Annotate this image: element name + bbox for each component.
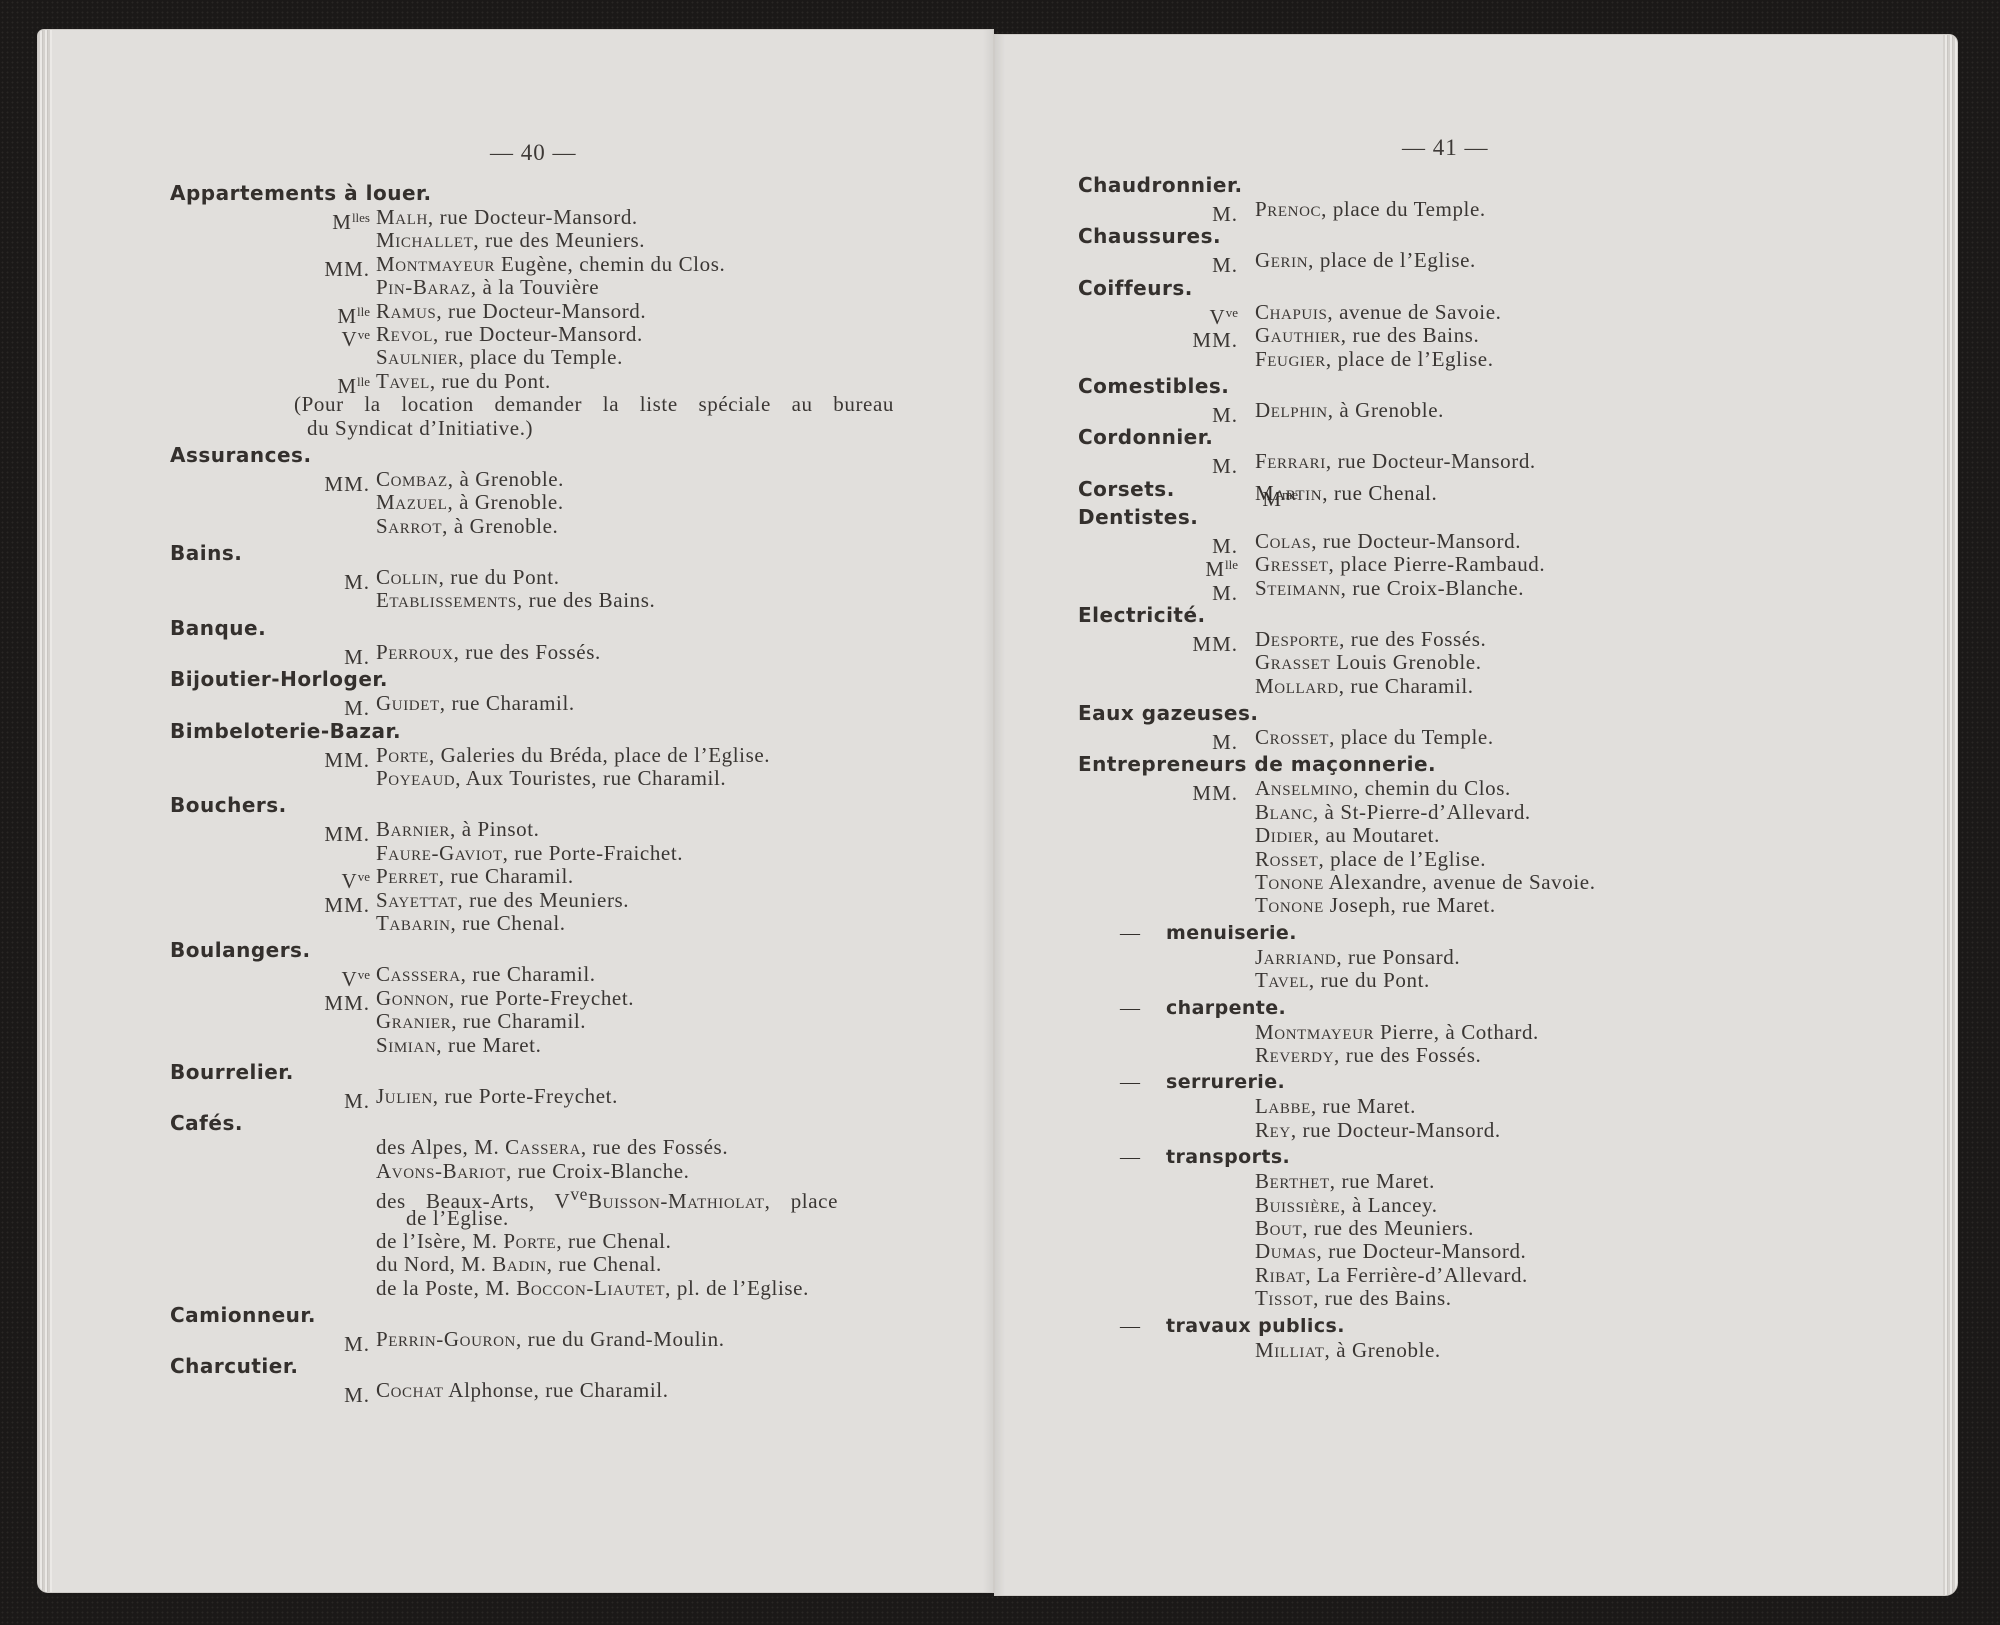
- merchant-address: , à Grenoble.: [1328, 398, 1444, 422]
- merchant-name: Perrin-Gouron: [376, 1327, 516, 1351]
- entry-text: Tissot, rue des Bains.: [1255, 1287, 1452, 1310]
- directory-section: Charcutier.M.Cochat Alphonse, rue Charam…: [170, 1353, 970, 1402]
- entry-text: Granier, rue Charamil.: [376, 1010, 586, 1033]
- directory-entry: Labbe, rue Maret.: [1078, 1095, 1938, 1118]
- page-number-41: — 41 —: [1402, 135, 1489, 161]
- directory-entry: Didier, au Moutaret.: [1078, 824, 1938, 847]
- entry-text: Martin, rue Chenal.: [1255, 480, 1437, 506]
- section-heading: Bains.: [170, 541, 242, 565]
- merchant-address: , rue Maret.: [436, 1033, 541, 1057]
- prefix-text: M.: [344, 1383, 370, 1407]
- directory-section: Dentistes.M.Colas, rue Docteur-Mansord.M…: [1078, 504, 1938, 600]
- prefix-text: M.: [1212, 253, 1238, 277]
- merchant-address: , rue des Bains.: [1341, 323, 1480, 347]
- cafe-entry: des Beaux-Arts, VveBuisson-Mathiolat, pl…: [170, 1183, 970, 1206]
- directory-section: Bouchers.MM.Barnier, à Pinsot.Faure-Gavi…: [170, 792, 970, 935]
- merchant-address: , rue Porte-Freychet.: [433, 1084, 618, 1108]
- section-heading-line: Banque.: [170, 615, 970, 641]
- prefix-text: M.: [344, 696, 370, 720]
- directory-entry: MlleRamus, rue Docteur-Mansord.: [170, 300, 970, 323]
- merchant-address: , à Grenoble.: [442, 514, 558, 538]
- prefix-text: M.: [1212, 403, 1238, 427]
- merchant-name: Labbe: [1255, 1094, 1311, 1118]
- merchant-name: Colas: [1255, 529, 1311, 553]
- merchant-name: Didier: [1255, 823, 1314, 847]
- directory-entry: Buissière, à Lancey.: [1078, 1194, 1938, 1217]
- directory-entry: Etablissements, rue des Bains.: [170, 589, 970, 612]
- entry-text: Revol, rue Docteur-Mansord.: [376, 323, 643, 346]
- section-heading: Cafés.: [170, 1111, 243, 1135]
- merchant-name: Porte: [376, 743, 429, 767]
- merchant-name: Michallet: [376, 228, 473, 252]
- directory-entry: MM.Montmayeur Eugène, chemin du Clos.: [170, 253, 970, 276]
- entry-text: Buissière, à Lancey.: [1255, 1194, 1438, 1217]
- left-page-directory: Appartements à louer.MllesMalh, rue Doct…: [170, 180, 970, 1403]
- right-page: — 41 — Chaudronnier.M.Prenoc, place du T…: [995, 35, 1957, 1595]
- directory-section: Corsets.MmeMartin, rue Chenal.: [1078, 476, 1938, 502]
- directory-entry: M.Crosset, place du Temple.: [1078, 726, 1938, 749]
- merchant-name: Tavel: [376, 369, 430, 393]
- directory-section: —transports.Berthet, rue Maret.Buissière…: [1078, 1144, 1938, 1310]
- merchant-address: , rue Maret.: [1311, 1094, 1416, 1118]
- entry-text: Bout, rue des Meuniers.: [1255, 1217, 1474, 1240]
- right-page-directory: Chaudronnier.M.Prenoc, place du Temple.C…: [1078, 172, 1938, 1362]
- merchant-name: Chapuis: [1255, 300, 1327, 324]
- note-text: du Syndicat d’Initiative.): [307, 417, 533, 440]
- merchant-name: Buissière: [1255, 1193, 1340, 1217]
- merchant-name: Mazuel: [376, 490, 447, 514]
- directory-entry: Jarriand, rue Ponsard.: [1078, 946, 1938, 969]
- section-heading-line: Assurances.: [170, 442, 970, 468]
- directory-entry: Tabarin, rue Chenal.: [170, 912, 970, 935]
- left-page: — 40 — Appartements à louer.MllesMalh, r…: [38, 30, 993, 1592]
- entry-text: Tabarin, rue Chenal.: [376, 912, 566, 935]
- title-prefix: M.: [1118, 399, 1238, 427]
- merchant-address: , place de l’Eglise.: [1326, 347, 1494, 371]
- title-prefix: M.: [1118, 577, 1238, 605]
- directory-entry: M.Colas, rue Docteur-Mansord.: [1078, 530, 1938, 553]
- section-heading-line: Comestibles.: [1078, 373, 1938, 399]
- prefix-text: M.: [344, 1089, 370, 1113]
- section-heading: Cordonnier.: [1078, 425, 1213, 449]
- merchant-name: Pin-Baraz: [376, 275, 471, 299]
- directory-entry: Poyeaud, Aux Touristes, rue Charamil.: [170, 767, 970, 790]
- merchant-address: , rue des Bains.: [517, 588, 656, 612]
- entry-text: Jarriand, rue Ponsard.: [1255, 946, 1460, 969]
- directory-entry: M.Gerin, place de l’Eglise.: [1078, 249, 1938, 272]
- merchant-address: , rue Porte-Freychet.: [449, 986, 634, 1010]
- section-heading: Assurances.: [170, 443, 312, 467]
- merchant-name: Collin: [376, 565, 439, 589]
- cafe-address: , rue Chenal.: [556, 1229, 671, 1253]
- proprietor-name: Avons-Bariot: [376, 1159, 506, 1183]
- entry-text: Tonone Alexandre, avenue de Savoie.: [1255, 871, 1596, 894]
- merchant-name: Gresset: [1255, 552, 1329, 576]
- merchant-name: Tabarin: [376, 911, 451, 935]
- merchant-address: , rue des Fossés.: [1334, 1043, 1481, 1067]
- entry-text: Porte, Galeries du Bréda, place de l’Egl…: [376, 744, 770, 767]
- subsection-heading: menuiserie.: [1166, 920, 1297, 946]
- directory-entry: M.Delphin, à Grenoble.: [1078, 399, 1938, 422]
- prefix-superscript: ve: [1226, 305, 1238, 320]
- entry-text: Ribat, La Ferrière-d’Allevard.: [1255, 1264, 1528, 1287]
- merchant-address: , Galeries du Bréda, place de l’Eglise.: [429, 743, 770, 767]
- merchant-name: Perret: [376, 864, 439, 888]
- entry-text: Pin-Baraz, à la Touvière: [376, 276, 599, 299]
- directory-entry: Michallet, rue des Meuniers.: [170, 229, 970, 252]
- directory-section: Banque.M.Perroux, rue des Fossés.: [170, 615, 970, 664]
- directory-entry: VveChapuis, avenue de Savoie.: [1078, 301, 1938, 324]
- merchant-name: Ferrari: [1255, 449, 1326, 473]
- prefix-text: M.: [344, 1332, 370, 1356]
- directory-entry: Milliat, à Grenoble.: [1078, 1339, 1938, 1362]
- entry-text: des Alpes, M. Cassera, rue des Fossés.: [376, 1136, 728, 1159]
- entry-text: Berthet, rue Maret.: [1255, 1170, 1435, 1193]
- entry-text: Montmayeur Eugène, chemin du Clos.: [376, 253, 725, 276]
- entry-text: de la Poste, M. Boccon-Liautet, pl. de l…: [376, 1277, 809, 1300]
- entry-text: Gauthier, rue des Bains.: [1255, 324, 1479, 347]
- merchant-name: Delphin: [1255, 398, 1328, 422]
- section-heading: Entrepreneurs de maçonnerie.: [1078, 752, 1436, 776]
- entry-text: Casssera, rue Charamil.: [376, 963, 596, 986]
- directory-section: Electricité.MM.Desporte, rue des Fossés.…: [1078, 602, 1938, 698]
- entry-text: Desporte, rue des Fossés.: [1255, 628, 1486, 651]
- merchant-address: , rue Porte-Fraichet.: [503, 841, 684, 865]
- merchant-name: Feugier: [1255, 347, 1326, 371]
- directory-entry: M.Collin, rue du Pont.: [170, 566, 970, 589]
- section-heading: Bouchers.: [170, 793, 287, 817]
- entry-text: Cochat Alphonse, rue Charamil.: [376, 1379, 669, 1402]
- cafe-entry: du Nord, M. Badin, rue Chenal.: [170, 1253, 970, 1276]
- merchant-name: Blanc: [1255, 800, 1313, 824]
- merchant-name: Montmayeur: [1255, 1020, 1374, 1044]
- section-heading-line: Chaussures.: [1078, 223, 1938, 249]
- title-prefix: M.: [1118, 450, 1238, 478]
- directory-section: Bijoutier-Horloger.M.Guidet, rue Charami…: [170, 666, 970, 715]
- cafe-address: de l’Eglise.: [406, 1207, 509, 1230]
- entry-text: Dumas, rue Docteur-Mansord.: [1255, 1240, 1526, 1263]
- directory-entry: Simian, rue Maret.: [170, 1034, 970, 1057]
- entry-text: Sayettat, rue des Meuniers.: [376, 889, 629, 912]
- merchant-name: Poyeaud: [376, 766, 455, 790]
- entry-text: Michallet, rue des Meuniers.: [376, 229, 645, 252]
- merchant-address: , rue Docteur-Mansord.: [428, 205, 638, 229]
- directory-entry: Ribat, La Ferrière-d’Allevard.: [1078, 1264, 1938, 1287]
- entry-text: Milliat, à Grenoble.: [1255, 1339, 1441, 1362]
- entry-text: Labbe, rue Maret.: [1255, 1095, 1416, 1118]
- entry-text: Blanc, à St-Pierre-d’Allevard.: [1255, 801, 1531, 824]
- merchant-address: , rue du Pont.: [439, 565, 560, 589]
- merchant-address: , à Lancey.: [1340, 1193, 1437, 1217]
- section-heading: Bimbeloterie-Bazar.: [170, 719, 401, 743]
- directory-entry: Blanc, à St-Pierre-d’Allevard.: [1078, 801, 1938, 824]
- merchant-address: , à Grenoble.: [1325, 1338, 1441, 1362]
- section-heading-line: —charpente.: [1078, 995, 1938, 1021]
- entry-text: Tonone Joseph, rue Maret.: [1255, 894, 1496, 917]
- prefix-superscript: ve: [358, 869, 370, 884]
- merchant-name: Faure-Gaviot: [376, 841, 503, 865]
- directory-section: Comestibles.M.Delphin, à Grenoble.: [1078, 373, 1938, 422]
- cafe-address: , rue Croix-Blanche.: [506, 1159, 689, 1183]
- merchant-name: Julien: [376, 1084, 433, 1108]
- entry-text: Perrin-Gouron, rue du Grand-Moulin.: [376, 1328, 725, 1351]
- merchant-name: Malh: [376, 205, 428, 229]
- merchant-name: Dumas: [1255, 1239, 1317, 1263]
- merchant-name: Etablissements: [376, 588, 517, 612]
- merchant-address: , avenue de Savoie.: [1327, 300, 1501, 324]
- section-heading: Chaudronnier.: [1078, 173, 1243, 197]
- merchant-address: , chemin du Clos.: [1353, 776, 1511, 800]
- entry-text: Saulnier, place du Temple.: [376, 346, 623, 369]
- directory-entry: Dumas, rue Docteur-Mansord.: [1078, 1240, 1938, 1263]
- merchant-address: , rue du Pont.: [430, 369, 551, 393]
- merchant-name: Saulnier: [376, 345, 458, 369]
- merchant-address: , rue des Bains.: [1313, 1286, 1452, 1310]
- directory-entry: Mollard, rue Charamil.: [1078, 675, 1938, 698]
- directory-section: Cafés.des Alpes, M. Cassera, rue des Fos…: [170, 1110, 970, 1300]
- directory-section: Bimbeloterie-Bazar.MM.Porte, Galeries du…: [170, 718, 970, 791]
- merchant-name: Cochat: [376, 1378, 444, 1402]
- merchant-name: Rey: [1255, 1118, 1291, 1142]
- directory-section: Camionneur.M.Perrin-Gouron, rue du Grand…: [170, 1302, 970, 1351]
- merchant-name: Milliat: [1255, 1338, 1325, 1362]
- entry-text: Delphin, à Grenoble.: [1255, 399, 1444, 422]
- cafe-entry-continuation: de l’Eglise.: [170, 1207, 970, 1230]
- merchant-address: , place du Temple.: [1329, 725, 1494, 749]
- entry-text: Montmayeur Pierre, à Cothard.: [1255, 1021, 1539, 1044]
- directory-entry: Bout, rue des Meuniers.: [1078, 1217, 1938, 1240]
- title-prefix: M.: [1118, 726, 1238, 754]
- merchant-name: Anselmino: [1255, 776, 1353, 800]
- subsection-heading: travaux publics.: [1166, 1313, 1345, 1339]
- merchant-name: Ribat: [1255, 1263, 1305, 1287]
- subsection-heading: charpente.: [1166, 995, 1286, 1021]
- directory-entry: MlleGresset, place Pierre-Rambaud.: [1078, 553, 1938, 576]
- entry-text: Avons-Bariot, rue Croix-Blanche.: [376, 1160, 690, 1183]
- directory-entry: M.Perroux, rue des Fossés.: [170, 641, 970, 664]
- entry-text: Perret, rue Charamil.: [376, 865, 574, 888]
- merchant-address: , à Pinsot.: [450, 817, 539, 841]
- merchant-name: Grasset: [1255, 650, 1330, 674]
- directory-section: —travaux publics.Milliat, à Grenoble.: [1078, 1313, 1938, 1362]
- directory-section: —charpente.Montmayeur Pierre, à Cothard.…: [1078, 995, 1938, 1068]
- merchant-name: Ramus: [376, 299, 436, 323]
- directory-entry: MlleTavel, rue du Pont.: [170, 370, 970, 393]
- directory-entry: Faure-Gaviot, rue Porte-Fraichet.: [170, 842, 970, 865]
- dash-ditto-mark: —: [1120, 1069, 1141, 1095]
- directory-section: Chaudronnier.M.Prenoc, place du Temple.: [1078, 172, 1938, 221]
- directory-entry: M.Ferrari, rue Docteur-Mansord.: [1078, 450, 1938, 473]
- merchant-address: , rue Maret.: [1330, 1169, 1435, 1193]
- directory-section: Coiffeurs.VveChapuis, avenue de Savoie.M…: [1078, 275, 1938, 371]
- entry-text: Didier, au Moutaret.: [1255, 824, 1440, 847]
- directory-entry: Berthet, rue Maret.: [1078, 1170, 1938, 1193]
- merchant-name: Casssera: [376, 962, 461, 986]
- cafe-entry: de l’Isère, M. Porte, rue Chenal.: [170, 1230, 970, 1253]
- directory-section: —serrurerie.Labbe, rue Maret.Rey, rue Do…: [1078, 1069, 1938, 1142]
- directory-entry: M.Guidet, rue Charamil.: [170, 692, 970, 715]
- section-heading-line: Cafés.: [170, 1110, 970, 1136]
- directory-entry: Pin-Baraz, à la Touvière: [170, 276, 970, 299]
- section-heading: Dentistes.: [1078, 505, 1198, 529]
- cafe-entry: des Alpes, M. Cassera, rue des Fossés.: [170, 1136, 970, 1159]
- directory-entry: VveRevol, rue Docteur-Mansord.: [170, 323, 970, 346]
- directory-section: Eaux gazeuses.M.Crosset, place du Temple…: [1078, 700, 1938, 749]
- section-heading-line: Bourrelier.: [170, 1059, 970, 1085]
- entry-text: Sarrot, à Grenoble.: [376, 515, 558, 538]
- entry-text: Etablissements, rue des Bains.: [376, 589, 655, 612]
- cafe-entry: de la Poste, M. Boccon-Liautet, pl. de l…: [170, 1277, 970, 1300]
- cafe-entry: Avons-Bariot, rue Croix-Blanche.: [170, 1160, 970, 1183]
- merchant-name: Perroux: [376, 640, 454, 664]
- prefix-superscript: ve: [358, 327, 370, 342]
- entry-text: Rey, rue Docteur-Mansord.: [1255, 1119, 1501, 1142]
- section-heading-line: Electricité.: [1078, 602, 1938, 628]
- directory-entry: Tissot, rue des Bains.: [1078, 1287, 1938, 1310]
- section-heading: Comestibles.: [1078, 374, 1229, 398]
- proprietor-name: Cassera: [505, 1135, 581, 1159]
- section-heading: Banque.: [170, 616, 266, 640]
- section-heading: Camionneur.: [170, 1303, 316, 1327]
- section-heading-line: Cordonnier.: [1078, 424, 1938, 450]
- directory-section: Entrepreneurs de maçonnerie.MM.Anselmino…: [1078, 751, 1938, 917]
- merchant-name: Simian: [376, 1033, 436, 1057]
- entry-text: Faure-Gaviot, rue Porte-Fraichet.: [376, 842, 683, 865]
- merchant-address: , rue des Fossés.: [454, 640, 601, 664]
- merchant-name: Steimann: [1255, 576, 1341, 600]
- directory-entry: Tonone Joseph, rue Maret.: [1078, 894, 1938, 917]
- section-heading: Coiffeurs.: [1078, 276, 1193, 300]
- directory-section: Cordonnier.M.Ferrari, rue Docteur-Mansor…: [1078, 424, 1938, 473]
- directory-entry: VveCasssera, rue Charamil.: [170, 963, 970, 986]
- merchant-address: , rue Docteur-Mansord.: [1317, 1239, 1527, 1263]
- entry-text: Colas, rue Docteur-Mansord.: [1255, 530, 1521, 553]
- section-note: du Syndicat d’Initiative.): [170, 417, 970, 440]
- merchant-address: , rue Charamil.: [451, 1009, 586, 1033]
- directory-entry: M.Prenoc, place du Temple.: [1078, 198, 1938, 221]
- entry-text: de l’Isère, M. Porte, rue Chenal.: [376, 1230, 671, 1253]
- merchant-name: Tissot: [1255, 1286, 1313, 1310]
- entry-text: Simian, rue Maret.: [376, 1034, 541, 1057]
- dash-ditto-mark: —: [1120, 920, 1141, 946]
- directory-entry: MM.Anselmino, chemin du Clos.: [1078, 777, 1938, 800]
- directory-entry: Montmayeur Pierre, à Cothard.: [1078, 1021, 1938, 1044]
- directory-section: Bains.M.Collin, rue du Pont.Etablissemen…: [170, 540, 970, 613]
- directory-entry: M.Julien, rue Porte-Freychet.: [170, 1085, 970, 1108]
- section-heading: Charcutier.: [170, 1354, 298, 1378]
- prefix-text: M.: [1212, 581, 1238, 605]
- directory-section: Appartements à louer.MllesMalh, rue Doct…: [170, 180, 970, 440]
- prefix-superscript: ve: [570, 1184, 588, 1204]
- directory-entry: Granier, rue Charamil.: [170, 1010, 970, 1033]
- gutter-shadow-left: [983, 30, 993, 1592]
- entry-text: Julien, rue Porte-Freychet.: [376, 1085, 618, 1108]
- entry-text: Gerin, place de l’Eglise.: [1255, 249, 1476, 272]
- merchant-name: Gerin: [1255, 248, 1308, 272]
- dash-ditto-mark: —: [1120, 1144, 1141, 1170]
- entry-text: Combaz, à Grenoble.: [376, 468, 564, 491]
- merchant-name: Prenoc: [1255, 197, 1321, 221]
- merchant-address: , rue Docteur-Mansord.: [1326, 449, 1536, 473]
- merchant-address: , rue des Meuniers.: [457, 888, 629, 912]
- merchant-address: , à la Touvière: [471, 275, 599, 299]
- section-heading-line: —transports.: [1078, 1144, 1938, 1170]
- section-heading-line: Bains.: [170, 540, 970, 566]
- entry-text: Ferrari, rue Docteur-Mansord.: [1255, 450, 1536, 473]
- directory-entry: Tavel, rue du Pont.: [1078, 969, 1938, 992]
- directory-section: Boulangers.VveCasssera, rue Charamil.MM.…: [170, 937, 970, 1057]
- cafe-address: , rue Chenal.: [547, 1252, 662, 1276]
- merchant-name: Tavel: [1255, 968, 1309, 992]
- directory-entry: MM.Desporte, rue des Fossés.: [1078, 628, 1938, 651]
- merchant-name: Granier: [376, 1009, 451, 1033]
- merchant-address: , rue Chenal.: [451, 911, 566, 935]
- entry-text: Reverdy, rue des Fossés.: [1255, 1044, 1481, 1067]
- merchant-name: Combaz: [376, 467, 448, 491]
- cafe-name: de la Poste, M.: [376, 1276, 516, 1300]
- merchant-address: , à Grenoble.: [447, 490, 563, 514]
- merchant-address: , à St-Pierre-d’Allevard.: [1313, 800, 1531, 824]
- merchant-name: Reverdy: [1255, 1043, 1334, 1067]
- prefix-text: M.: [1212, 730, 1238, 754]
- page-number-40: — 40 —: [490, 140, 577, 166]
- entry-text: Perroux, rue des Fossés.: [376, 641, 601, 664]
- directory-entry: M.Perrin-Gouron, rue du Grand-Moulin.: [170, 1328, 970, 1351]
- section-heading-line: Dentistes.: [1078, 504, 1938, 530]
- merchant-name: Desporte: [1255, 627, 1339, 651]
- subsection-heading: transports.: [1166, 1144, 1290, 1170]
- merchant-address: , rue Charamil.: [440, 691, 575, 715]
- note-text: (Pour la location demander la liste spéc…: [294, 393, 894, 416]
- merchant-address: , à Grenoble.: [448, 467, 564, 491]
- merchant-address: , Aux Touristes, rue Charamil.: [455, 766, 726, 790]
- directory-entry: Tonone Alexandre, avenue de Savoie.: [1078, 871, 1938, 894]
- section-heading: Electricité.: [1078, 603, 1206, 627]
- section-heading-line: Corsets.MmeMartin, rue Chenal.: [1078, 476, 1938, 502]
- section-heading-line: Bijoutier-Horloger.: [170, 666, 970, 692]
- directory-entry: MM.Sayettat, rue des Meuniers.: [170, 889, 970, 912]
- directory-section: Assurances.MM.Combaz, à Grenoble.Mazuel,…: [170, 442, 970, 538]
- entry-text: Guidet, rue Charamil.: [376, 692, 575, 715]
- merchant-address: , rue des Fossés.: [1339, 627, 1486, 651]
- section-heading-line: Eaux gazeuses.: [1078, 700, 1938, 726]
- merchant-address: , rue des Meuniers.: [1302, 1216, 1474, 1240]
- section-heading: Bourrelier.: [170, 1060, 294, 1084]
- entry-text: Gonnon, rue Porte-Freychet.: [376, 987, 634, 1010]
- merchant-address: , place du Temple.: [458, 345, 623, 369]
- directory-section: —menuiserie.Jarriand, rue Ponsard.Tavel,…: [1078, 920, 1938, 993]
- entry-text: Tavel, rue du Pont.: [376, 370, 551, 393]
- cafe-name: du Nord, M.: [376, 1252, 492, 1276]
- section-note: (Pour la location demander la liste spéc…: [170, 393, 970, 416]
- merchant-address: , place de l’Eglise.: [1308, 248, 1476, 272]
- prefix-text: M.: [344, 645, 370, 669]
- merchant-address: , rue Ponsard.: [1336, 945, 1460, 969]
- section-heading-line: —serrurerie.: [1078, 1069, 1938, 1095]
- directory-entry: Mazuel, à Grenoble.: [170, 491, 970, 514]
- entry-text: Crosset, place du Temple.: [1255, 726, 1494, 749]
- merchant-address: Alphonse, rue Charamil.: [444, 1378, 669, 1402]
- proprietor-name: Boccon-Liautet: [516, 1276, 665, 1300]
- directory-entry: MM.Combaz, à Grenoble.: [170, 468, 970, 491]
- subsection-heading: serrurerie.: [1166, 1069, 1285, 1095]
- section-heading: Bijoutier-Horloger.: [170, 667, 388, 691]
- merchant-address: , rue Croix-Blanche.: [1341, 576, 1524, 600]
- directory-entry: MM.Gauthier, rue des Bains.: [1078, 324, 1938, 347]
- prefix-superscript: lle: [1225, 557, 1238, 572]
- section-heading-line: Charcutier.: [170, 1353, 970, 1379]
- entry-text: Gresset, place Pierre-Rambaud.: [1255, 553, 1545, 576]
